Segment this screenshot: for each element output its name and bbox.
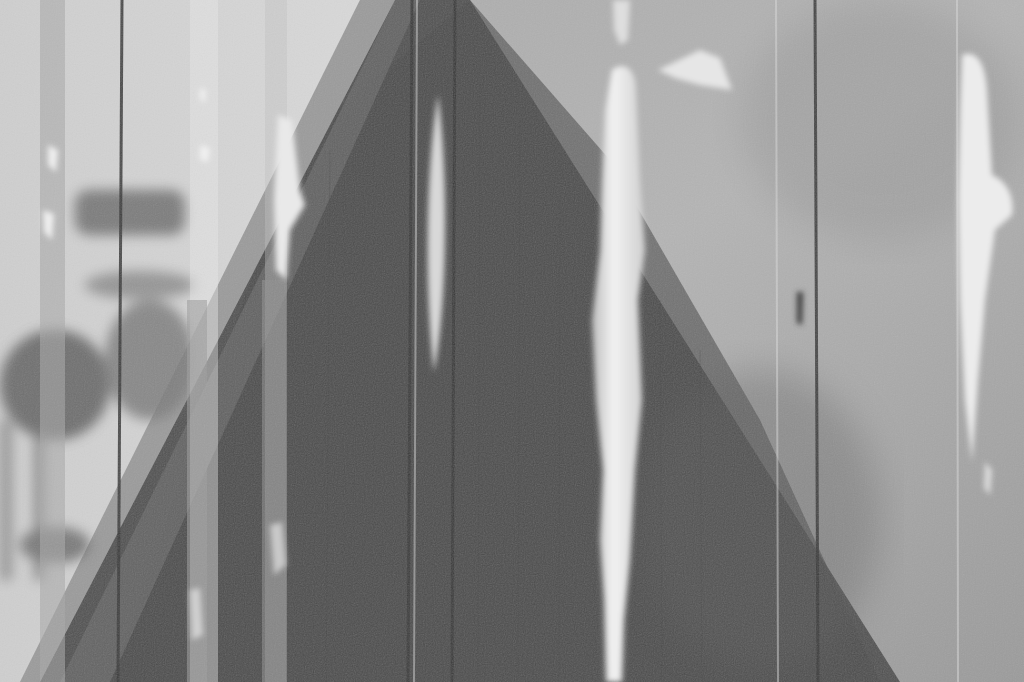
bw-wood-boards-photo: Close-up of vertical painted wooden boar… bbox=[0, 0, 1024, 682]
photo-rendering bbox=[0, 0, 1024, 682]
board-surface bbox=[0, 0, 1024, 682]
